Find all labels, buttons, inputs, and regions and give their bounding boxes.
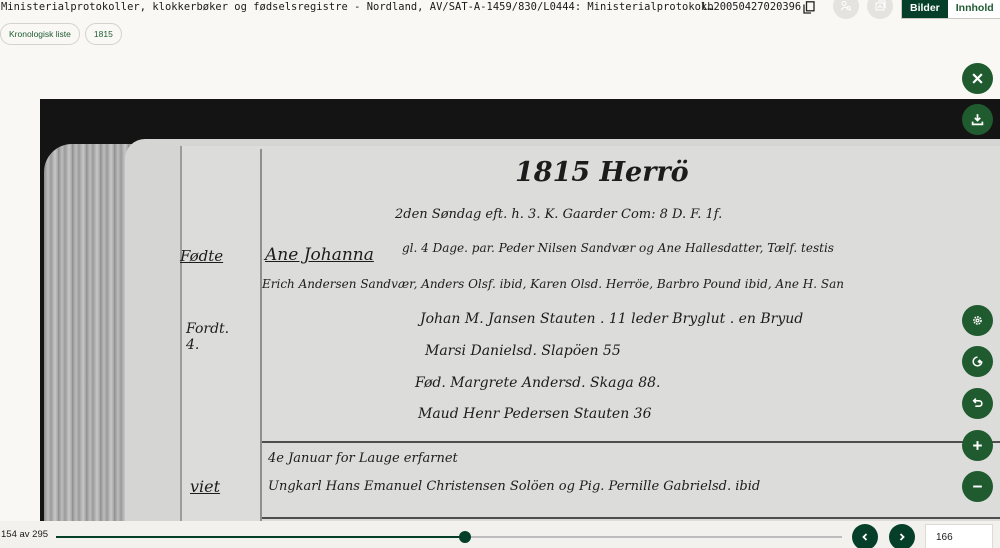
- breadcrumb-chronological-list[interactable]: Kronologisk liste: [0, 23, 80, 45]
- document-title: Ministerialprotokoller, klokkerbøker og …: [1, 1, 714, 13]
- handwritten-heading: 1815 Herrö: [515, 157, 689, 188]
- person-search-button[interactable]: [833, 0, 859, 19]
- document-id: kb20050427020396: [701, 1, 801, 13]
- settings-icon: [971, 314, 984, 327]
- handwritten-name: Ane Johanna: [265, 245, 374, 265]
- tab-innhold[interactable]: Innhold: [948, 0, 1000, 18]
- handwritten-line: 2den Søndag eft. h. 3. K. Gaarder Com: 8…: [395, 207, 722, 222]
- page-slider-fill: [56, 536, 465, 538]
- handwritten-list-item: Fød. Margrete Andersd. Skaga 88.: [415, 375, 660, 391]
- zoom-out-button[interactable]: [962, 471, 993, 502]
- download-button[interactable]: [962, 104, 993, 135]
- pagination-bar: 154 av 295: [0, 521, 1000, 548]
- handwritten-list-item: Marsi Danielsd. Slapöen 55: [425, 343, 621, 359]
- zoom-out-icon: [971, 480, 984, 493]
- breadcrumb-year[interactable]: 1815: [85, 23, 122, 45]
- chevron-left-icon: [860, 532, 870, 542]
- handwritten-left-note: Fødte: [180, 247, 223, 265]
- chevron-right-icon: [897, 532, 907, 542]
- zoom-in-icon: [971, 439, 984, 452]
- image-export-button[interactable]: [867, 0, 893, 19]
- breadcrumb: Kronologisk liste 1815: [0, 23, 122, 45]
- handwritten-line: Erich Andersen Sandvær, Anders Olsf. ibi…: [262, 277, 844, 291]
- rotate-icon: [971, 355, 984, 368]
- archive-viewer-page: Ministerialprotokoller, klokkerbøker og …: [0, 0, 1000, 548]
- ruled-line: [262, 517, 1000, 519]
- close-icon: [971, 72, 984, 85]
- handwritten-line: Ungkarl Hans Emanuel Christensen Solöen …: [268, 479, 760, 494]
- page-position-label: 154 av 295: [1, 529, 48, 540]
- ruled-line: [262, 441, 1000, 443]
- settings-button[interactable]: [962, 305, 993, 336]
- handwritten-left-note: Fordt. 4.: [186, 321, 246, 353]
- zoom-in-button[interactable]: [962, 430, 993, 461]
- rotate-button[interactable]: [962, 346, 993, 377]
- margin-line: [260, 149, 262, 521]
- image-export-icon: [874, 0, 886, 12]
- person-search-icon: [840, 0, 852, 12]
- handwritten-line: 4e Januar for Lauge erfarnet: [268, 451, 458, 466]
- tab-bilder[interactable]: Bilder: [902, 0, 948, 18]
- handwritten-list-item: Johan M. Jansen Stauten . 11 leder Brygl…: [420, 311, 803, 327]
- reset-button[interactable]: [962, 388, 993, 419]
- header: Ministerialprotokoller, klokkerbøker og …: [0, 0, 1000, 20]
- page-slider[interactable]: [56, 536, 842, 538]
- download-icon: [971, 113, 984, 126]
- handwritten-line: gl. 4 Dage. par. Peder Nilsen Sandvær og…: [402, 241, 834, 255]
- next-page-button[interactable]: [889, 524, 915, 548]
- copy-icon[interactable]: [803, 1, 815, 14]
- page-number-input[interactable]: [925, 524, 993, 548]
- scanned-page-image[interactable]: 1815 Herrö 2den Søndag eft. h. 3. K. Gaa…: [40, 99, 1000, 521]
- page-slider-thumb[interactable]: [459, 531, 471, 543]
- undo-icon: [971, 397, 984, 410]
- view-toggle: Bilder Innhold: [901, 0, 1000, 19]
- previous-page-button[interactable]: [852, 524, 878, 548]
- handwritten-left-note: viet: [190, 477, 220, 496]
- handwritten-list-item: Maud Henr Pedersen Stauten 36: [418, 406, 652, 422]
- close-button[interactable]: [962, 63, 993, 94]
